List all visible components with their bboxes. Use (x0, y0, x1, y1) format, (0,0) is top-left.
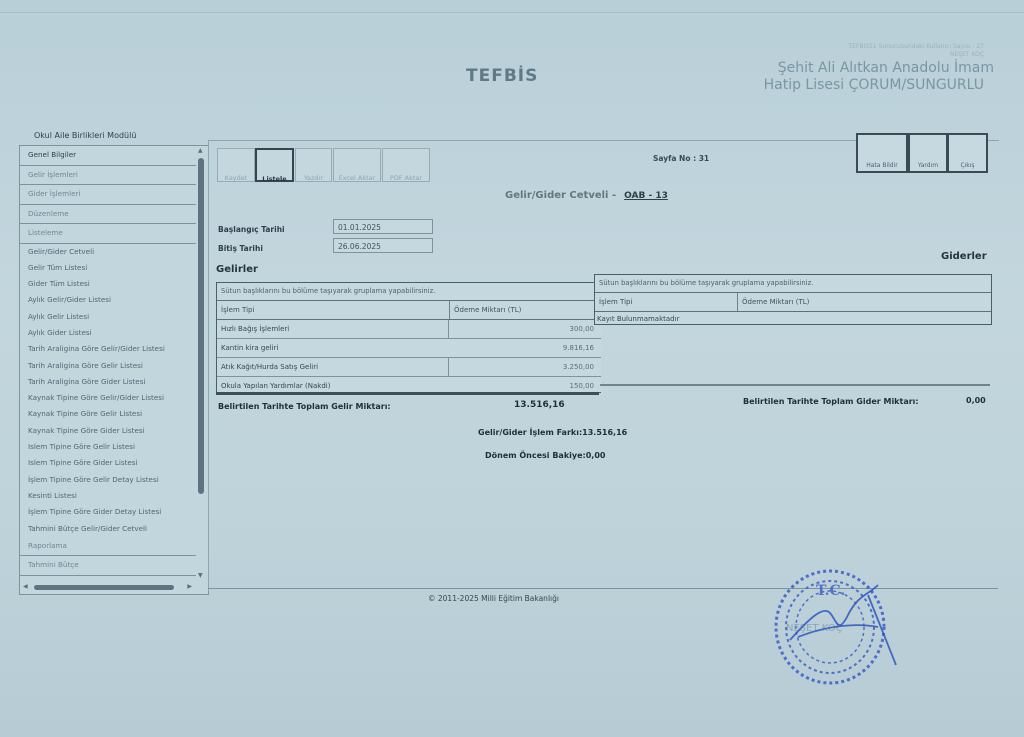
sidebar-subitem[interactable]: Gelir/Gider Cetveli (20, 244, 196, 260)
sidebar-subitem[interactable]: Tarih Araligina Göre Gider Listesi (20, 374, 196, 390)
empty-row: Kayıt Bulunmamaktadır (595, 312, 991, 326)
giderler-heading: Giderler (941, 251, 987, 262)
end-date-field[interactable]: 26.06.2025 (333, 238, 433, 253)
sidebar-subitem[interactable]: Kaynak Tipine Göre Gelir Listesi (20, 406, 196, 422)
sidebar-horizontal-scrollbar[interactable]: ◀ ▶ (20, 582, 196, 594)
sidebar-subitem[interactable]: İşlem Tipine Göre Gelir Detay Listesi (20, 472, 196, 488)
help-button[interactable]: Yardım (908, 133, 948, 173)
save-button[interactable]: Kaydet (217, 148, 255, 182)
total-expense-value: 0,00 (966, 396, 986, 405)
scrollbar-thumb[interactable] (198, 158, 204, 494)
cell-odeme-miktari: 300,00 (449, 320, 600, 338)
sidebar-item-duzenleme[interactable]: Düzenleme (20, 205, 196, 225)
previous-balance: Dönem Öncesi Bakiye:0,00 (485, 451, 605, 460)
column-header-odeme-miktari[interactable]: Ödeme Miktarı (TL) (449, 301, 600, 319)
sidebar-menu: Genel Bilgiler Gelir İşlemleri Gider İşl… (19, 145, 209, 595)
cell-islem-tipi: Atık Kağıt/Hurda Satış Geliri (217, 358, 449, 376)
sidebar-subitem[interactable]: Tarih Araligina Göre Gelir Listesi (20, 358, 196, 374)
scroll-down-arrow-icon[interactable]: ▼ (198, 572, 203, 579)
column-header-odeme-miktari[interactable]: Ödeme Miktarı (TL) (737, 293, 991, 311)
exit-button[interactable]: Çıkış (947, 133, 988, 173)
column-header-islem-tipi[interactable]: İşlem Tipi (217, 301, 449, 319)
sidebar-subitem[interactable]: Islem Tipine Göre Gelir Listesi (20, 439, 196, 455)
no-records-text: Kayıt Bulunmamaktadır (595, 312, 679, 326)
sidebar-item-gider-islemleri[interactable]: Gider İşlemleri (20, 185, 196, 205)
report-error-button[interactable]: Hata Bildir (856, 133, 908, 173)
scroll-right-arrow-icon[interactable]: ▶ (187, 583, 192, 590)
sidebar-subitem[interactable]: Gider Tüm Listesi (20, 276, 196, 292)
giderler-table: Sütun başlıklarını bu bölüme taşıyarak g… (594, 274, 992, 325)
pdf-export-button[interactable]: PDF Aktar (382, 148, 430, 182)
sidebar-item-tahmini-butce[interactable]: Tahmini Bütçe (20, 556, 196, 576)
sidebar-subitem[interactable]: İşlem Tipine Göre Gider Detay Listesi (20, 504, 196, 520)
table-header: İşlem Tipi Ödeme Miktarı (TL) (595, 293, 991, 312)
user-name: NEŞET KOÇ (950, 51, 984, 58)
giderler-table-bottom-border (600, 384, 990, 386)
sidebar-subitem[interactable]: Aylık Gelir/Gider Listesi (20, 292, 196, 308)
cell-odeme-miktari: 9.816,16 (449, 339, 600, 357)
start-date-label: Başlangıç Tarihi (218, 225, 285, 234)
sidebar-subitem[interactable]: Aylık Gider Listesi (20, 325, 196, 341)
table-row[interactable]: Atık Kağıt/Hurda Satış Geliri 3.250,00 (217, 358, 601, 377)
sidebar-item-listeleme[interactable]: Listeleme (20, 224, 196, 244)
list-button[interactable]: Listele (255, 148, 294, 182)
total-income-value: 13.516,16 (514, 400, 565, 410)
start-date-field[interactable]: 01.01.2025 (333, 219, 433, 234)
gelirler-heading: Gelirler (216, 264, 258, 275)
income-expense-difference: Gelir/Gider İşlem Farkı:13.516,16 (478, 428, 627, 437)
cell-islem-tipi: Kantin kira geliri (217, 339, 449, 357)
group-by-hint[interactable]: Sütun başlıklarını bu bölüme taşıyarak g… (595, 275, 991, 293)
table-header: İşlem Tipi Ödeme Miktarı (TL) (217, 301, 601, 320)
sidebar-item-genel-bilgiler[interactable]: Genel Bilgiler (20, 146, 196, 166)
sidebar-subitem[interactable]: Kesinti Listesi (20, 488, 196, 504)
sidebar-subitem[interactable]: Tarih Araligina Göre Gelir/Gider Listesi (20, 341, 196, 357)
sidebar-subitem[interactable]: Kaynak Tipine Göre Gelir/Gider Listesi (20, 390, 196, 406)
group-by-hint[interactable]: Sütun başlıklarını bu bölüme taşıyarak g… (217, 283, 601, 301)
report-code: OAB - 13 (624, 191, 668, 201)
column-header-islem-tipi[interactable]: İşlem Tipi (595, 293, 737, 311)
scrollbar-thumb[interactable] (34, 585, 174, 590)
cell-islem-tipi: Hızlı Bağış İşlemleri (217, 320, 449, 338)
scroll-left-arrow-icon[interactable]: ◀ (23, 583, 28, 590)
school-name-line1: Şehit Ali Alıtkan Anadolu İmam (778, 60, 994, 76)
table-row[interactable]: Hızlı Bağış İşlemleri 300,00 (217, 320, 601, 339)
report-title: Gelir/Gider Cetveli -OAB - 13 (505, 190, 668, 201)
gelirler-table-bottom-border (216, 392, 599, 395)
paper-edge (0, 12, 1024, 13)
sidebar-subitem[interactable]: Aylık Gelir Listesi (20, 309, 196, 325)
sidebar-item-gelir-islemleri[interactable]: Gelir İşlemleri (20, 166, 196, 186)
svg-text:NEŞET KOÇ: NEŞET KOÇ (786, 623, 843, 634)
scroll-up-arrow-icon[interactable]: ▲ (198, 147, 203, 154)
stamp-seal-icon: T.C. NEŞET KOÇ (768, 565, 898, 685)
sidebar-subitem[interactable]: Gelir Tüm Listesi (20, 260, 196, 276)
module-title: Okul Aile Birlikleri Modülü (34, 131, 136, 140)
total-income-label: Belirtilen Tarihte Toplam Gelir Miktarı: (218, 402, 391, 411)
total-expense-label: Belirtilen Tarihte Toplam Gider Miktarı: (743, 397, 919, 406)
page-number: Sayfa No : 31 (653, 154, 709, 163)
excel-export-button[interactable]: Excel Aktar (333, 148, 381, 182)
official-stamp: T.C. NEŞET KOÇ (768, 565, 898, 685)
copyright-text: © 2011-2025 Milli Eğitim Bakanlığı (428, 594, 559, 603)
print-button[interactable]: Yazdır (295, 148, 332, 182)
server-user-count: TEFBIS51 Sunucusundaki Kullanıcı Sayısı … (849, 43, 985, 50)
sidebar-subitem[interactable]: Islem Tipine Göre Gider Listesi (20, 455, 196, 471)
cell-odeme-miktari: 3.250,00 (449, 358, 600, 376)
sidebar-subitem[interactable]: Kaynak Tipine Göre Gider Listesi (20, 423, 196, 439)
end-date-label: Bitiş Tarihi (218, 244, 263, 253)
report-title-text: Gelir/Gider Cetveli - (505, 190, 616, 201)
table-row[interactable]: Kantin kira geliri 9.816,16 (217, 339, 601, 358)
sidebar-item-raporlama[interactable]: Raporlama (20, 537, 196, 557)
sidebar-vertical-scrollbar[interactable]: ▲ ▼ (197, 146, 206, 580)
school-name-line2: Hatip Lisesi ÇORUM/SUNGURLU (764, 77, 984, 93)
gelirler-table: Sütun başlıklarını bu bölüme taşıyarak g… (216, 282, 601, 393)
svg-text:T.C.: T.C. (816, 583, 845, 599)
app-title: TEFBİS (466, 66, 538, 86)
sidebar-list: Genel Bilgiler Gelir İşlemleri Gider İşl… (20, 146, 196, 580)
sidebar-subitem[interactable]: Tahmini Bütçe Gelir/Gider Cetveli (20, 521, 196, 537)
